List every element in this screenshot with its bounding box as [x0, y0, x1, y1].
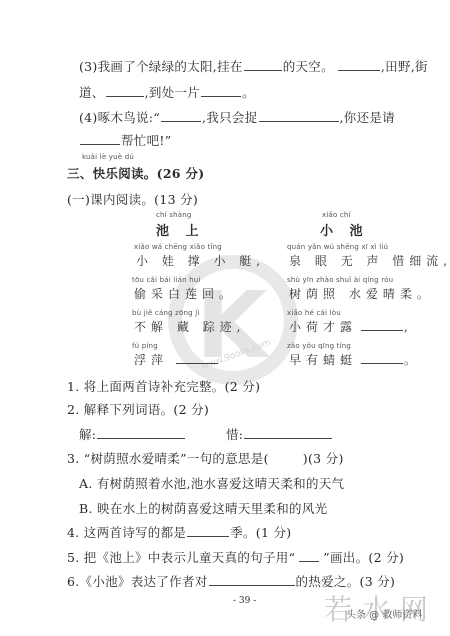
text: (4)啄木鸟说:“: [79, 110, 160, 125]
poem2-line3-pinyin: xiǎo hé cái lòu: [287, 309, 341, 317]
text: 道、: [79, 85, 105, 100]
answer-blank[interactable]: [338, 59, 380, 71]
logo-sub-text: 头条 @ 教师资料: [346, 606, 422, 621]
question-5: 5. 把《池上》中表示儿童天真的句子用“”画出。(2 分): [67, 548, 404, 566]
poem2-line4: 早有蜻蜓。: [289, 351, 421, 368]
text: (3)我画了个绿绿的太阳,挂在: [79, 59, 243, 74]
text: ,田野,街: [381, 59, 428, 74]
answer-blank[interactable]: [187, 525, 229, 537]
poem1-title: 池 上: [156, 220, 205, 239]
poem1-line2: 偷采白莲回。: [134, 285, 236, 302]
text: 小荷才露: [289, 320, 357, 334]
text: 6.《小池》表达了作者对: [67, 574, 208, 589]
text: ,你还是请: [340, 110, 395, 125]
question-3: 3. “树荫照水爱晴柔”一句的意思是()(3 分): [67, 449, 344, 467]
poem2-title: 小 池: [320, 220, 369, 239]
site-logo: 若水网 头条 @ 教师资料: [324, 588, 438, 628]
answer-blank[interactable]: [361, 352, 403, 364]
text: ”画出。(2 分): [323, 550, 404, 565]
q2-word1: 解:: [79, 425, 186, 443]
text: 。: [404, 353, 421, 367]
poem2-line2-pinyin: shù yīn zhào shuǐ ài qíng róu: [287, 276, 393, 284]
text: )(3 分): [303, 451, 344, 466]
answer-blank[interactable]: [361, 319, 403, 331]
section3-pinyin: kuài lè yuè dú: [82, 153, 134, 161]
poem2-title-pinyin: xiǎo chí: [322, 211, 351, 219]
q3-fill-line2: 道、,到处一片。: [79, 83, 255, 101]
poem1-line4: 浮萍: [134, 351, 219, 368]
text: 季。(1 分): [230, 525, 291, 540]
answer-blank[interactable]: [244, 59, 282, 71]
answer-blank[interactable]: [209, 574, 295, 586]
poem1-line4-pinyin: fú píng: [132, 342, 158, 350]
answer-blank[interactable]: [244, 427, 332, 439]
text: 浮萍: [134, 353, 168, 367]
poem1-line1: 小 娃 撑 小 艇,: [136, 252, 265, 269]
answer-blank[interactable]: [201, 85, 241, 97]
poem1-title-pinyin: chí shàng: [156, 211, 192, 219]
poem2-line1-pinyin: quán yǎn wú shēng xī xì liú: [287, 243, 388, 251]
poem1-line2-pinyin: tōu cǎi bái lián huí: [132, 276, 201, 284]
text: 4. 这两首诗写的都是: [67, 525, 186, 540]
answer-blank[interactable]: [161, 110, 201, 122]
text: 早有蜻蜓: [289, 353, 357, 367]
poem2-line2: 树荫照 水爱晴柔。: [289, 285, 434, 302]
text: ,: [404, 320, 413, 334]
poem2-line1: 泉 眼 无 声 惜细流,: [289, 252, 450, 269]
text: 。: [242, 85, 255, 100]
q4-fill-line1: (4)啄木鸟说:“,我只会捉,你还是请: [79, 108, 395, 126]
text: 的热爱之。(3 分): [296, 574, 396, 589]
question-1: 1. 将上面两首诗补充完整。(2 分): [67, 377, 260, 395]
text: 的天空。: [283, 59, 334, 74]
poem1-line3: 不解 藏 踪迹,: [134, 318, 245, 335]
poem1-line1-pinyin: xiǎo wá chēng xiǎo tǐng: [134, 243, 222, 251]
answer-blank[interactable]: [97, 427, 185, 439]
page-number: - 39 -: [233, 596, 256, 606]
text: 惜:: [226, 427, 243, 442]
underline-sample: [299, 550, 319, 562]
answer-blank[interactable]: [106, 85, 144, 97]
text: 5. 把《池上》中表示儿童天真的句子用“: [67, 550, 295, 565]
q3-option-a: A. 有树荫照着水池,池水喜爱这晴天柔和的天气: [79, 474, 344, 492]
poem2-line3: 小荷才露,: [289, 318, 413, 335]
q4-fill-line2: 帮忙吧!”: [79, 131, 171, 149]
answer-blank[interactable]: [259, 110, 339, 122]
question-4: 4. 这两首诗写的都是季。(1 分): [67, 523, 291, 541]
answer-blank[interactable]: [80, 133, 120, 145]
text: 解:: [79, 427, 96, 442]
section3-title: 三、快乐阅读。(26 分): [67, 164, 204, 182]
text: ,我只会捉: [202, 110, 257, 125]
text: 帮忙吧!”: [121, 133, 171, 148]
q3-option-b: B. 映在水上的树荫喜爱这晴天里柔和的风光: [79, 499, 327, 517]
q2-word2: 惜:: [226, 425, 333, 443]
poem2-line4-pinyin: zǎo yǒu qīng tíng: [287, 342, 351, 350]
text: 3. “树荫照水爱晴柔”一句的意思是(: [67, 451, 269, 466]
text: ,到处一片: [145, 85, 200, 100]
q3-fill-line1: (3)我画了个绿绿的太阳,挂在的天空。,田野,街: [79, 57, 428, 75]
answer-blank[interactable]: [176, 352, 218, 364]
question-2: 2. 解释下列词语。(2 分): [67, 400, 209, 418]
poem1-line3-pinyin: bù jiě cáng zōng jì: [132, 309, 200, 317]
subsection1-title: (一)课内阅读。(13 分): [67, 190, 198, 208]
